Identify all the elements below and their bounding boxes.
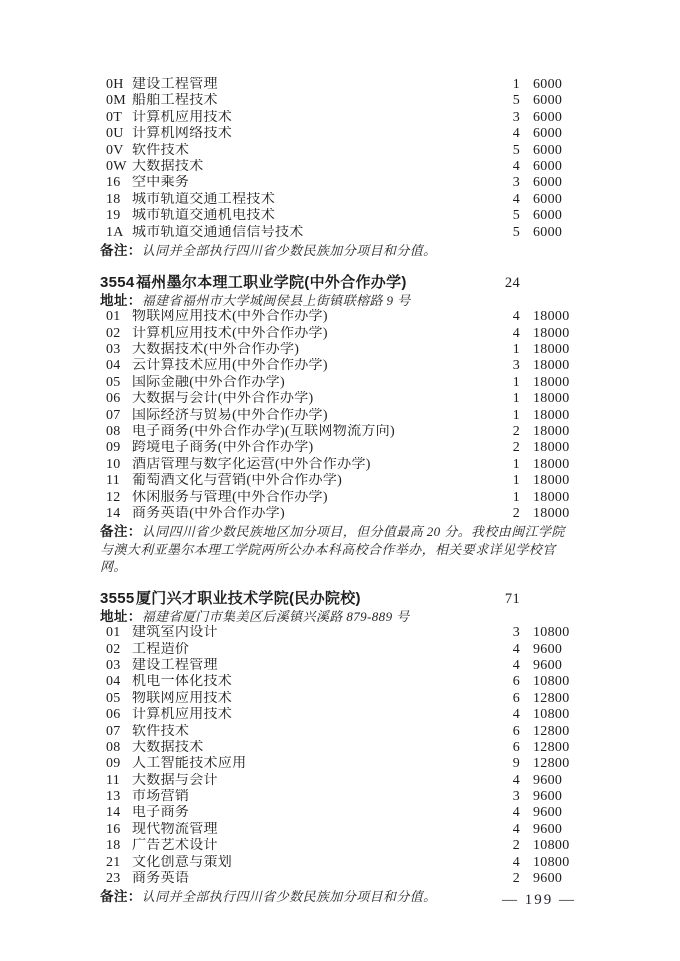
address-label: 地址： xyxy=(100,293,142,308)
major-plan-count: 1 xyxy=(500,457,520,473)
major-code: 18 xyxy=(106,838,132,854)
major-plan-count: 2 xyxy=(500,838,520,854)
major-fee: 6000 xyxy=(533,110,578,126)
major-code: 04 xyxy=(106,358,132,374)
remark-label: 备注： xyxy=(100,524,142,539)
major-fee: 18000 xyxy=(533,424,578,440)
major-plan-count: 3 xyxy=(500,175,520,191)
major-name: 空中乘务 xyxy=(132,175,500,191)
major-plan-count: 1 xyxy=(500,77,520,93)
major-row: 05 国际金融(中外合作办学) 1 18000 xyxy=(100,375,578,391)
section-remark: 备注：认同四川省少数民族地区加分项目，但分值最高 20 分。我校由闽江学院与澳大… xyxy=(100,523,578,575)
major-plan-count: 4 xyxy=(500,707,520,723)
major-fee: 18000 xyxy=(533,309,578,325)
major-row: 0V 软件技术 5 6000 xyxy=(100,143,578,159)
address-label: 地址： xyxy=(100,609,142,624)
major-row: 02 计算机应用技术(中外合作办学) 4 18000 xyxy=(100,326,578,342)
major-name: 计算机应用技术(中外合作办学) xyxy=(132,326,500,342)
major-code: 03 xyxy=(106,342,132,358)
major-name: 广告艺术设计 xyxy=(132,838,500,854)
major-name: 跨境电子商务(中外合作办学) xyxy=(132,440,500,456)
major-code: 02 xyxy=(106,642,132,658)
major-fee: 6000 xyxy=(533,192,578,208)
major-fee: 18000 xyxy=(533,440,578,456)
major-rows: 01 建筑室内设计 3 10800 02 工程造价 4 9600 03 建设工程… xyxy=(100,625,578,887)
major-name: 计算机网络技术 xyxy=(132,126,500,142)
major-code: 0H xyxy=(106,77,132,93)
major-fee: 18000 xyxy=(533,408,578,424)
major-row: 09 跨境电子商务(中外合作办学) 2 18000 xyxy=(100,440,578,456)
school-total-count: 24 xyxy=(496,274,520,293)
major-fee: 9600 xyxy=(533,773,578,789)
major-plan-count: 6 xyxy=(500,691,520,707)
major-code: 01 xyxy=(106,625,132,641)
major-name: 电子商务 xyxy=(132,805,500,821)
major-code: 13 xyxy=(106,789,132,805)
major-code: 18 xyxy=(106,192,132,208)
major-row: 12 休闲服务与管理(中外合作办学) 1 18000 xyxy=(100,490,578,506)
major-fee: 9600 xyxy=(533,789,578,805)
major-name: 休闲服务与管理(中外合作办学) xyxy=(132,490,500,506)
major-row: 14 商务英语(中外合作办学) 2 18000 xyxy=(100,506,578,522)
major-code: 0W xyxy=(106,159,132,175)
major-row: 01 建筑室内设计 3 10800 xyxy=(100,625,578,641)
major-name: 大数据与会计 xyxy=(132,773,500,789)
major-code: 02 xyxy=(106,326,132,342)
major-code: 0T xyxy=(106,110,132,126)
major-name: 大数据与会计(中外合作办学) xyxy=(132,391,500,407)
major-plan-count: 3 xyxy=(500,110,520,126)
major-name: 软件技术 xyxy=(132,724,500,740)
major-fee: 9600 xyxy=(533,871,578,887)
major-plan-count: 6 xyxy=(500,724,520,740)
major-plan-count: 3 xyxy=(500,358,520,374)
major-name: 酒店管理与数字化运营(中外合作办学) xyxy=(132,457,500,473)
school-header: 3554 福州墨尔本理工职业学院(中外合作办学) 24 xyxy=(100,273,578,292)
major-code: 05 xyxy=(106,375,132,391)
major-plan-count: 4 xyxy=(500,642,520,658)
major-plan-count: 2 xyxy=(500,506,520,522)
major-row: 08 电子商务(中外合作办学)(互联网物流方向) 2 18000 xyxy=(100,424,578,440)
major-fee: 9600 xyxy=(533,805,578,821)
major-name: 现代物流管理 xyxy=(132,822,500,838)
major-row: 08 大数据技术 6 12800 xyxy=(100,740,578,756)
major-fee: 18000 xyxy=(533,358,578,374)
major-name: 工程造价 xyxy=(132,642,500,658)
major-code: 14 xyxy=(106,805,132,821)
major-plan-count: 2 xyxy=(500,871,520,887)
major-fee: 18000 xyxy=(533,490,578,506)
major-code: 19 xyxy=(106,208,132,224)
major-code: 06 xyxy=(106,391,132,407)
major-fee: 18000 xyxy=(533,457,578,473)
major-name: 计算机应用技术 xyxy=(132,110,500,126)
major-plan-count: 4 xyxy=(500,309,520,325)
major-fee: 18000 xyxy=(533,506,578,522)
major-fee: 6000 xyxy=(533,175,578,191)
remark-label: 备注： xyxy=(100,889,142,904)
major-name: 葡萄酒文化与营销(中外合作办学) xyxy=(132,473,500,489)
major-plan-count: 4 xyxy=(500,855,520,871)
major-plan-count: 1 xyxy=(500,391,520,407)
school-section: 3554 福州墨尔本理工职业学院(中外合作办学) 24 地址：福建省福州市大学城… xyxy=(100,273,578,575)
major-row: 16 现代物流管理 4 9600 xyxy=(100,822,578,838)
major-row: 07 国际经济与贸易(中外合作办学) 1 18000 xyxy=(100,408,578,424)
major-row: 10 酒店管理与数字化运营(中外合作办学) 1 18000 xyxy=(100,457,578,473)
major-code: 0M xyxy=(106,93,132,109)
major-plan-count: 4 xyxy=(500,326,520,342)
major-code: 10 xyxy=(106,457,132,473)
major-code: 21 xyxy=(106,855,132,871)
major-code: 07 xyxy=(106,724,132,740)
major-code: 0U xyxy=(106,126,132,142)
major-name: 商务英语 xyxy=(132,871,500,887)
major-plan-count: 6 xyxy=(500,674,520,690)
major-row: 13 市场营销 3 9600 xyxy=(100,789,578,805)
major-plan-count: 4 xyxy=(500,192,520,208)
major-row: 0W 大数据技术 4 6000 xyxy=(100,159,578,175)
major-fee: 18000 xyxy=(533,326,578,342)
address-text: 福建省厦门市集美区后溪镇兴溪路 879-889 号 xyxy=(142,609,410,624)
major-plan-count: 9 xyxy=(500,756,520,772)
major-name: 商务英语(中外合作办学) xyxy=(132,506,500,522)
major-code: 11 xyxy=(106,473,132,489)
major-code: 11 xyxy=(106,773,132,789)
major-plan-count: 1 xyxy=(500,408,520,424)
major-name: 电子商务(中外合作办学)(互联网物流方向) xyxy=(132,424,500,440)
major-name: 软件技术 xyxy=(132,143,500,159)
major-row: 07 软件技术 6 12800 xyxy=(100,724,578,740)
major-row: 21 文化创意与策划 4 10800 xyxy=(100,855,578,871)
major-fee: 6000 xyxy=(533,208,578,224)
major-plan-count: 4 xyxy=(500,805,520,821)
major-plan-count: 1 xyxy=(500,490,520,506)
major-plan-count: 5 xyxy=(500,143,520,159)
major-code: 1A xyxy=(106,225,132,241)
major-plan-count: 5 xyxy=(500,208,520,224)
major-plan-count: 1 xyxy=(500,375,520,391)
major-name: 市场营销 xyxy=(132,789,500,805)
major-fee: 6000 xyxy=(533,126,578,142)
major-fee: 6000 xyxy=(533,143,578,159)
major-fee: 18000 xyxy=(533,391,578,407)
major-fee: 10800 xyxy=(533,625,578,641)
major-code: 12 xyxy=(106,490,132,506)
major-code: 0V xyxy=(106,143,132,159)
school-name: 福州墨尔本理工职业学院(中外合作办学) xyxy=(136,273,496,292)
page-content: 0H 建设工程管理 1 6000 0M 船舶工程技术 5 6000 0T 计算机… xyxy=(100,77,578,906)
major-row: 01 物联网应用技术(中外合作办学) 4 18000 xyxy=(100,309,578,325)
major-plan-count: 4 xyxy=(500,658,520,674)
major-name: 人工智能技术应用 xyxy=(132,756,500,772)
major-code: 14 xyxy=(106,506,132,522)
major-rows: 0H 建设工程管理 1 6000 0M 船舶工程技术 5 6000 0T 计算机… xyxy=(100,77,578,241)
major-row: 09 人工智能技术应用 9 12800 xyxy=(100,756,578,772)
school-code: 3555 xyxy=(100,589,136,608)
school-section: 0H 建设工程管理 1 6000 0M 船舶工程技术 5 6000 0T 计算机… xyxy=(100,77,578,259)
major-plan-count: 1 xyxy=(500,342,520,358)
sections: 0H 建设工程管理 1 6000 0M 船舶工程技术 5 6000 0T 计算机… xyxy=(100,77,578,906)
major-name: 大数据技术 xyxy=(132,159,500,175)
major-name: 船舶工程技术 xyxy=(132,93,500,109)
major-fee: 6000 xyxy=(533,159,578,175)
school-section: 3555 厦门兴才职业技术学院(民办院校) 71 地址：福建省厦门市集美区后溪镇… xyxy=(100,589,578,906)
school-code: 3554 xyxy=(100,273,136,292)
major-name: 云计算技术应用(中外合作办学) xyxy=(132,358,500,374)
major-plan-count: 1 xyxy=(500,473,520,489)
major-name: 城市轨道交通工程技术 xyxy=(132,192,500,208)
major-fee: 18000 xyxy=(533,473,578,489)
major-name: 建设工程管理 xyxy=(132,658,500,674)
major-fee: 6000 xyxy=(533,93,578,109)
major-fee: 6000 xyxy=(533,225,578,241)
major-fee: 9600 xyxy=(533,822,578,838)
major-name: 物联网应用技术 xyxy=(132,691,500,707)
page-number: — 199 — xyxy=(502,892,576,909)
major-name: 大数据技术(中外合作办学) xyxy=(132,342,500,358)
remark-label: 备注： xyxy=(100,243,142,258)
major-row: 16 空中乘务 3 6000 xyxy=(100,175,578,191)
major-code: 08 xyxy=(106,424,132,440)
major-row: 04 云计算技术应用(中外合作办学) 3 18000 xyxy=(100,358,578,374)
major-row: 11 葡萄酒文化与营销(中外合作办学) 1 18000 xyxy=(100,473,578,489)
major-plan-count: 2 xyxy=(500,440,520,456)
school-header: 3555 厦门兴才职业技术学院(民办院校) 71 xyxy=(100,589,578,608)
major-code: 03 xyxy=(106,658,132,674)
school-name: 厦门兴才职业技术学院(民办院校) xyxy=(136,589,496,608)
major-code: 23 xyxy=(106,871,132,887)
major-row: 18 城市轨道交通工程技术 4 6000 xyxy=(100,192,578,208)
major-row: 14 电子商务 4 9600 xyxy=(100,805,578,821)
major-name: 国际金融(中外合作办学) xyxy=(132,375,500,391)
major-row: 03 建设工程管理 4 9600 xyxy=(100,658,578,674)
major-fee: 10800 xyxy=(533,838,578,854)
address-text: 福建省福州市大学城闽侯县上街镇联榕路 9 号 xyxy=(142,293,411,308)
major-fee: 10800 xyxy=(533,855,578,871)
major-fee: 18000 xyxy=(533,342,578,358)
major-row: 23 商务英语 2 9600 xyxy=(100,871,578,887)
major-fee: 12800 xyxy=(533,740,578,756)
remark-text: 认同并全部执行四川省少数民族加分项目和分值。 xyxy=(142,243,437,258)
major-code: 16 xyxy=(106,822,132,838)
major-name: 计算机应用技术 xyxy=(132,707,500,723)
major-code: 06 xyxy=(106,707,132,723)
major-code: 16 xyxy=(106,175,132,191)
major-name: 物联网应用技术(中外合作办学) xyxy=(132,309,500,325)
major-name: 机电一体化技术 xyxy=(132,674,500,690)
major-fee: 18000 xyxy=(533,375,578,391)
major-name: 文化创意与策划 xyxy=(132,855,500,871)
major-fee: 12800 xyxy=(533,756,578,772)
major-plan-count: 4 xyxy=(500,822,520,838)
major-row: 19 城市轨道交通机电技术 5 6000 xyxy=(100,208,578,224)
major-plan-count: 3 xyxy=(500,625,520,641)
major-code: 01 xyxy=(106,309,132,325)
major-plan-count: 4 xyxy=(500,159,520,175)
major-fee: 9600 xyxy=(533,642,578,658)
major-plan-count: 4 xyxy=(500,126,520,142)
major-row: 06 计算机应用技术 4 10800 xyxy=(100,707,578,723)
major-row: 02 工程造价 4 9600 xyxy=(100,642,578,658)
major-row: 0T 计算机应用技术 3 6000 xyxy=(100,110,578,126)
remark-text: 认同并全部执行四川省少数民族加分项目和分值。 xyxy=(142,889,437,904)
major-name: 建筑室内设计 xyxy=(132,625,500,641)
major-plan-count: 4 xyxy=(500,773,520,789)
major-name: 建设工程管理 xyxy=(132,77,500,93)
major-name: 城市轨道交通机电技术 xyxy=(132,208,500,224)
major-row: 0H 建设工程管理 1 6000 xyxy=(100,77,578,93)
major-row: 0M 船舶工程技术 5 6000 xyxy=(100,93,578,109)
major-row: 04 机电一体化技术 6 10800 xyxy=(100,674,578,690)
major-name: 城市轨道交通通信信号技术 xyxy=(132,225,500,241)
major-plan-count: 6 xyxy=(500,740,520,756)
major-plan-count: 5 xyxy=(500,93,520,109)
major-plan-count: 5 xyxy=(500,225,520,241)
school-address: 地址：福建省厦门市集美区后溪镇兴溪路 879-889 号 xyxy=(100,608,578,625)
major-fee: 6000 xyxy=(533,77,578,93)
section-remark: 备注：认同并全部执行四川省少数民族加分项目和分值。 xyxy=(100,242,578,259)
major-row: 18 广告艺术设计 2 10800 xyxy=(100,838,578,854)
major-rows: 01 物联网应用技术(中外合作办学) 4 18000 02 计算机应用技术(中外… xyxy=(100,309,578,522)
remark-text: 认同四川省少数民族地区加分项目，但分值最高 20 分。我校由闽江学院与澳大利亚墨… xyxy=(100,524,565,573)
major-code: 04 xyxy=(106,674,132,690)
major-row: 06 大数据与会计(中外合作办学) 1 18000 xyxy=(100,391,578,407)
major-code: 07 xyxy=(106,408,132,424)
major-name: 大数据技术 xyxy=(132,740,500,756)
major-row: 1A 城市轨道交通通信信号技术 5 6000 xyxy=(100,225,578,241)
major-fee: 10800 xyxy=(533,674,578,690)
school-total-count: 71 xyxy=(496,590,520,609)
major-plan-count: 2 xyxy=(500,424,520,440)
major-row: 11 大数据与会计 4 9600 xyxy=(100,773,578,789)
major-row: 03 大数据技术(中外合作办学) 1 18000 xyxy=(100,342,578,358)
major-code: 08 xyxy=(106,740,132,756)
school-address: 地址：福建省福州市大学城闽侯县上街镇联榕路 9 号 xyxy=(100,292,578,309)
major-fee: 10800 xyxy=(533,707,578,723)
major-code: 09 xyxy=(106,440,132,456)
major-code: 09 xyxy=(106,756,132,772)
major-row: 05 物联网应用技术 6 12800 xyxy=(100,691,578,707)
major-name: 国际经济与贸易(中外合作办学) xyxy=(132,408,500,424)
major-row: 0U 计算机网络技术 4 6000 xyxy=(100,126,578,142)
major-fee: 12800 xyxy=(533,724,578,740)
major-code: 05 xyxy=(106,691,132,707)
major-fee: 9600 xyxy=(533,658,578,674)
major-plan-count: 3 xyxy=(500,789,520,805)
major-fee: 12800 xyxy=(533,691,578,707)
